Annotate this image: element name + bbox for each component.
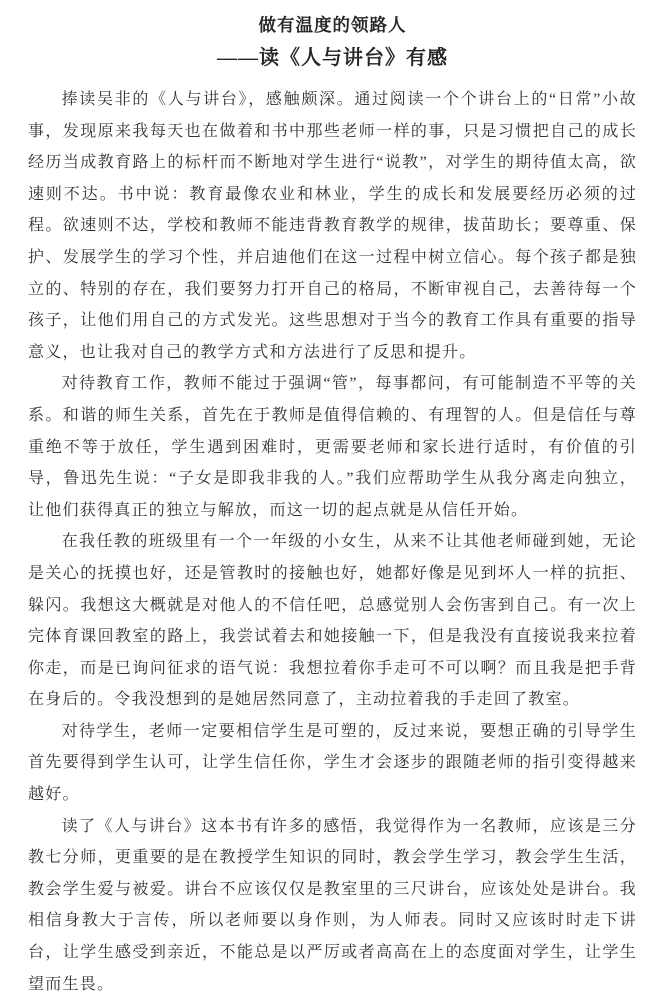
paragraph: 在我任教的班级里有一个一年级的小女生，从来不让其他老师碰到她，无论是关心的抚摸也… [28, 526, 637, 716]
paragraph: 对待教育工作，教师不能过于强调“管”，每事都问，有可能制造不平等的关系。和谐的师… [28, 368, 637, 526]
paragraph: 对待学生，老师一定要相信学生是可塑的，反过来说，要想正确的引导学生首先要得到学生… [28, 716, 637, 811]
document-body: 捧读吴非的《人与讲台》，感触颇深。通过阅读一个个讲台上的“日常”小故事，发现原来… [28, 84, 637, 1000]
paragraph: 捧读吴非的《人与讲台》，感触颇深。通过阅读一个个讲台上的“日常”小故事，发现原来… [28, 84, 637, 368]
document-page: 做有温度的领路人 ——读《人与讲台》有感 捧读吴非的《人与讲台》，感触颇深。通过… [0, 0, 665, 1002]
paragraph: 读了《人与讲台》这本书有许多的感悟，我觉得作为一名教师，应该是三分教七分师，更重… [28, 811, 637, 1001]
document-subtitle: ——读《人与讲台》有感 [28, 42, 637, 74]
document-title: 做有温度的领路人 [28, 8, 637, 40]
